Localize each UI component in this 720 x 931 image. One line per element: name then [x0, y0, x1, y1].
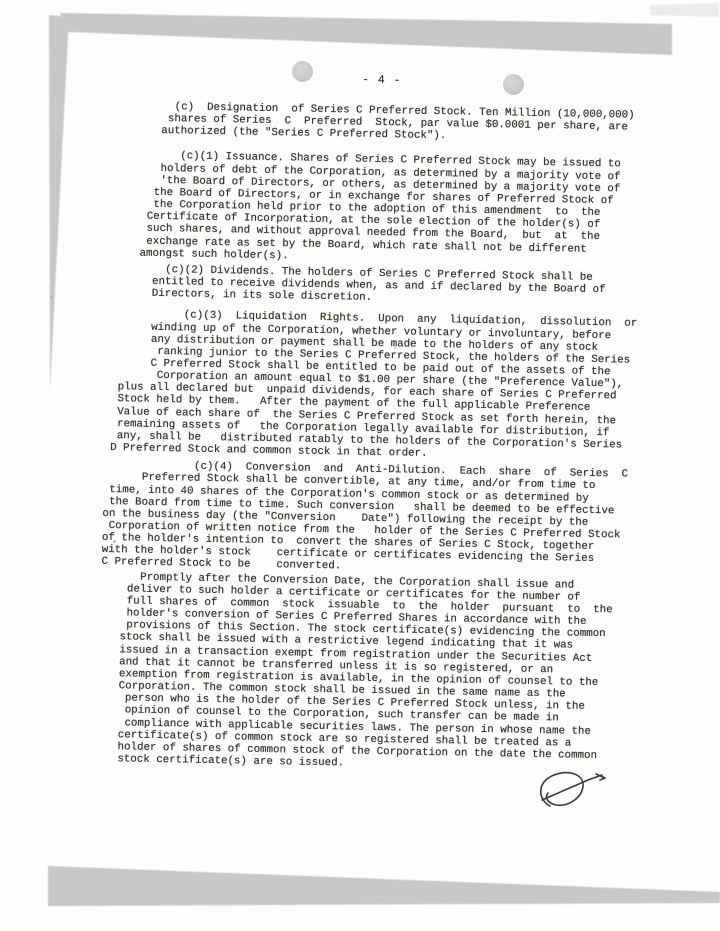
page-number: - 4 -: [362, 74, 402, 88]
document-body: (c) Designation of Series C Preferred St…: [98, 100, 670, 775]
scan-speck: [50, 296, 52, 298]
paragraph-c2-dividends: (c)(2) Dividends. The holders of Series …: [106, 263, 667, 310]
signature-scribble-icon: [512, 762, 622, 832]
paragraph-c4-conversion: (c)(4) Conversion and Anti-Dilution. Eac…: [101, 459, 663, 579]
punch-hole-left-icon: [292, 61, 313, 82]
punch-hole-right-icon: [503, 74, 524, 95]
scan-speck: [394, 347, 396, 349]
scan-speck: [113, 540, 116, 543]
paragraph-c3-liquidation-rights: (c)(3) Liquidation Rights. Upon any liqu…: [104, 308, 667, 464]
scanned-document-page: - 4 - (c) Designation of Series C Prefer…: [0, 0, 720, 931]
paragraph-c1-issuance: (c)(1) Issuance. Shares of Series C Pref…: [107, 149, 669, 269]
paragraph-conversion-mechanics: Promptly after the Conversion Date, the …: [98, 571, 661, 776]
